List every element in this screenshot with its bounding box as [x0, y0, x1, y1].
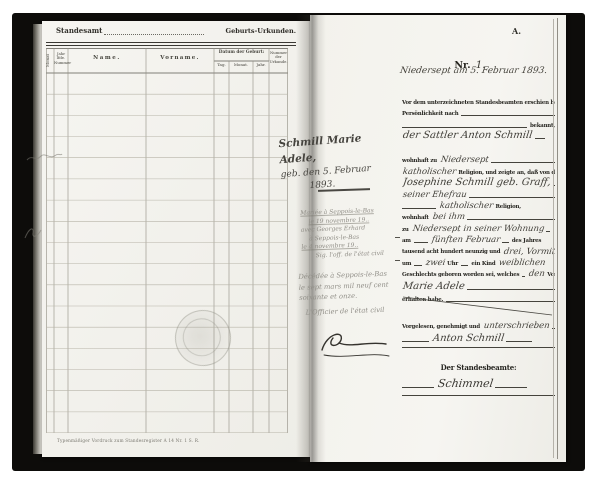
blank-rule	[414, 265, 421, 266]
blank-rule	[467, 289, 555, 290]
printed-form-text: Vor dem unterzeichneten Standesbeamten e…	[402, 100, 555, 108]
blank-rule	[402, 347, 555, 348]
margin-tick	[395, 260, 400, 261]
printed-form-text: Vorgelesen, genehmigt und	[402, 324, 480, 332]
form-line: umzweiUhrein Kindweiblichen	[402, 257, 555, 268]
form-line	[402, 399, 555, 402]
annotation-line: soixante et onze.	[299, 289, 405, 303]
printed-form-text: des Jahres	[512, 238, 541, 246]
form-line	[402, 351, 555, 354]
printed-form-text: wohnhaft	[402, 215, 429, 223]
column-header-jahr: Jahr.	[253, 63, 269, 68]
column-header-line: Nummer	[54, 61, 68, 65]
printed-form-text: Der Standesbeamte:	[402, 363, 555, 372]
printed-form-text: zu	[402, 227, 409, 235]
form-line: Schimmel	[402, 377, 555, 391]
column-header-vorname: Vorname.	[146, 55, 214, 61]
form-line: zuNiedersept in seiner Wohnung	[402, 223, 555, 234]
dotted-blank-line	[104, 34, 204, 35]
handwritten-text: unterschrieben	[483, 321, 550, 332]
column-header-urkunde: Nummer der Urkunde.	[269, 51, 288, 64]
form-line: Anton Schmill	[402, 332, 555, 345]
left-page: Standesamt Geburts-Urkunden.	[42, 21, 310, 457]
handwritten-text: bei ihm	[432, 212, 466, 223]
form-line: Der Standesbeamte:	[402, 363, 555, 372]
place-date-line: Niedersept am 5. Februar 1893.	[399, 66, 560, 76]
printed-form-text: bekannt,	[530, 123, 555, 131]
scanned-register-spread: Standesamt Geburts-Urkunden.	[0, 0, 592, 480]
blank-rule	[402, 399, 555, 400]
form-line: bekannt,	[402, 119, 555, 130]
certificate-form: Vor dem unterzeichneten Standesbeamten e…	[402, 96, 555, 402]
handwritten-text: katholischer	[439, 201, 494, 212]
column-header-monat-rotated: Monat	[46, 50, 54, 71]
form-line: wohnhaftbei ihm	[402, 212, 555, 223]
blank-rule	[502, 242, 509, 243]
form-line: katholischerReligion, und zeigte an, daß…	[402, 166, 555, 177]
printed-form-text: ein Kind	[471, 261, 495, 269]
form-line: wohnhaft zuNiedersept	[402, 155, 555, 166]
form-line: Persönlichkeit nach	[402, 107, 555, 118]
death-annotation: Décédée à Seppois-le-Basle sept mars mil…	[298, 268, 406, 318]
handwritten-text: Schimmel	[437, 377, 494, 391]
margin-scribble	[24, 146, 64, 168]
handwritten-text: den	[528, 269, 545, 280]
form-line: der Sattler Anton Schmill	[402, 130, 555, 141]
handwritten-text: zwei	[425, 258, 446, 269]
handwritten-text: katholischer	[402, 167, 457, 178]
margin-scribble	[20, 220, 46, 244]
column-header-line: Urkunde.	[269, 60, 288, 64]
marriage-annotation: Mariée à Seppois-le-Basle 19 novembre 19…	[300, 206, 400, 261]
margin-entry-name: Schmill Marie Adele,geb. den 5. Februar1…	[278, 128, 402, 197]
printed-form-text: Religion, und zeigte an, daß von der	[458, 170, 555, 178]
blank-rule	[495, 387, 527, 388]
blank-rule	[461, 115, 555, 116]
blank-rule	[491, 162, 555, 163]
handwritten-text: weiblichen	[498, 258, 546, 269]
printed-form-text: wohnhaft zu	[402, 158, 437, 166]
blank-rule	[402, 395, 555, 396]
blank-rule	[461, 265, 468, 266]
handwritten-text: fünften Februar	[431, 235, 501, 246]
blank-rule	[469, 197, 555, 198]
printed-form-text: Persönlichkeit nach	[402, 111, 458, 119]
printer-imprint: Typenmäßiger Vordruck zum Standesregiste…	[57, 438, 200, 443]
blank-rule	[535, 138, 545, 139]
page-letter: A.	[512, 26, 542, 36]
printed-form-text: Religion,	[495, 204, 520, 212]
signature-flourish-icon	[314, 328, 394, 362]
form-line: Josephine Schmill geb. Graff,	[402, 177, 555, 188]
blank-rule	[402, 351, 555, 352]
standesamt-label: Standesamt	[56, 26, 102, 35]
geburts-urkunden-label: Geburts-Urkunden.	[192, 27, 296, 35]
page-edge-line	[557, 18, 558, 459]
double-rule	[46, 42, 296, 46]
page-edge-line	[553, 19, 554, 458]
handwritten-text: Niedersept	[440, 155, 489, 166]
blank-rule	[402, 208, 436, 209]
printed-form-text: tausend acht hundert neunzig und	[402, 249, 500, 257]
strike-through-line	[400, 294, 560, 320]
form-line: Marie Adele	[402, 280, 555, 293]
blank-rule	[402, 387, 434, 388]
blank-rule	[402, 127, 527, 128]
blank-rule	[506, 341, 533, 342]
form-line: amfünften Februardes Jahres	[402, 234, 555, 245]
column-header-birthdate-group: Datum der Geburt:	[214, 51, 269, 56]
form-line: Geschlechts geboren worden sei, welchesd…	[402, 268, 555, 279]
blank-rule	[414, 242, 428, 243]
form-line: Vor dem unterzeichneten Standesbeamten e…	[402, 96, 555, 107]
form-line: seiner Ehefrau	[402, 189, 555, 200]
column-header-monat: Monat.	[229, 63, 253, 68]
blank-rule	[522, 276, 525, 277]
printed-form-text: am	[402, 238, 411, 246]
form-line: Vorgelesen, genehmigt undunterschrieben	[402, 320, 555, 331]
column-header-name: Name.	[68, 55, 146, 61]
blank-rule	[546, 231, 550, 232]
form-line: katholischerReligion,	[402, 200, 555, 211]
handwritten-text: seiner Ehefrau	[402, 190, 467, 201]
column-header-tag: Tag.	[214, 63, 229, 68]
handwritten-text: Niedersept in seiner Wohnung	[412, 224, 545, 235]
handwritten-text: drei, Vormittags	[503, 247, 555, 258]
index-table-grid	[46, 48, 288, 433]
blank-rule	[467, 219, 555, 220]
printed-form-text: Geschlechts geboren worden sei, welches	[402, 272, 519, 280]
form-line: tausend acht hundert neunzig unddrei, Vo…	[402, 246, 555, 257]
handwritten-text: Anton Schmill	[432, 333, 505, 345]
handwritten-text: Josephine Schmill geb. Graff,	[402, 177, 552, 188]
handwritten-text: Marie Adele	[402, 281, 466, 293]
column-header-number: Jahr lfde. Nummer	[54, 52, 68, 65]
printed-form-text: Uhr	[447, 261, 458, 269]
handwritten-text: der Sattler Anton Schmill	[402, 130, 533, 141]
blank-rule	[402, 341, 429, 342]
